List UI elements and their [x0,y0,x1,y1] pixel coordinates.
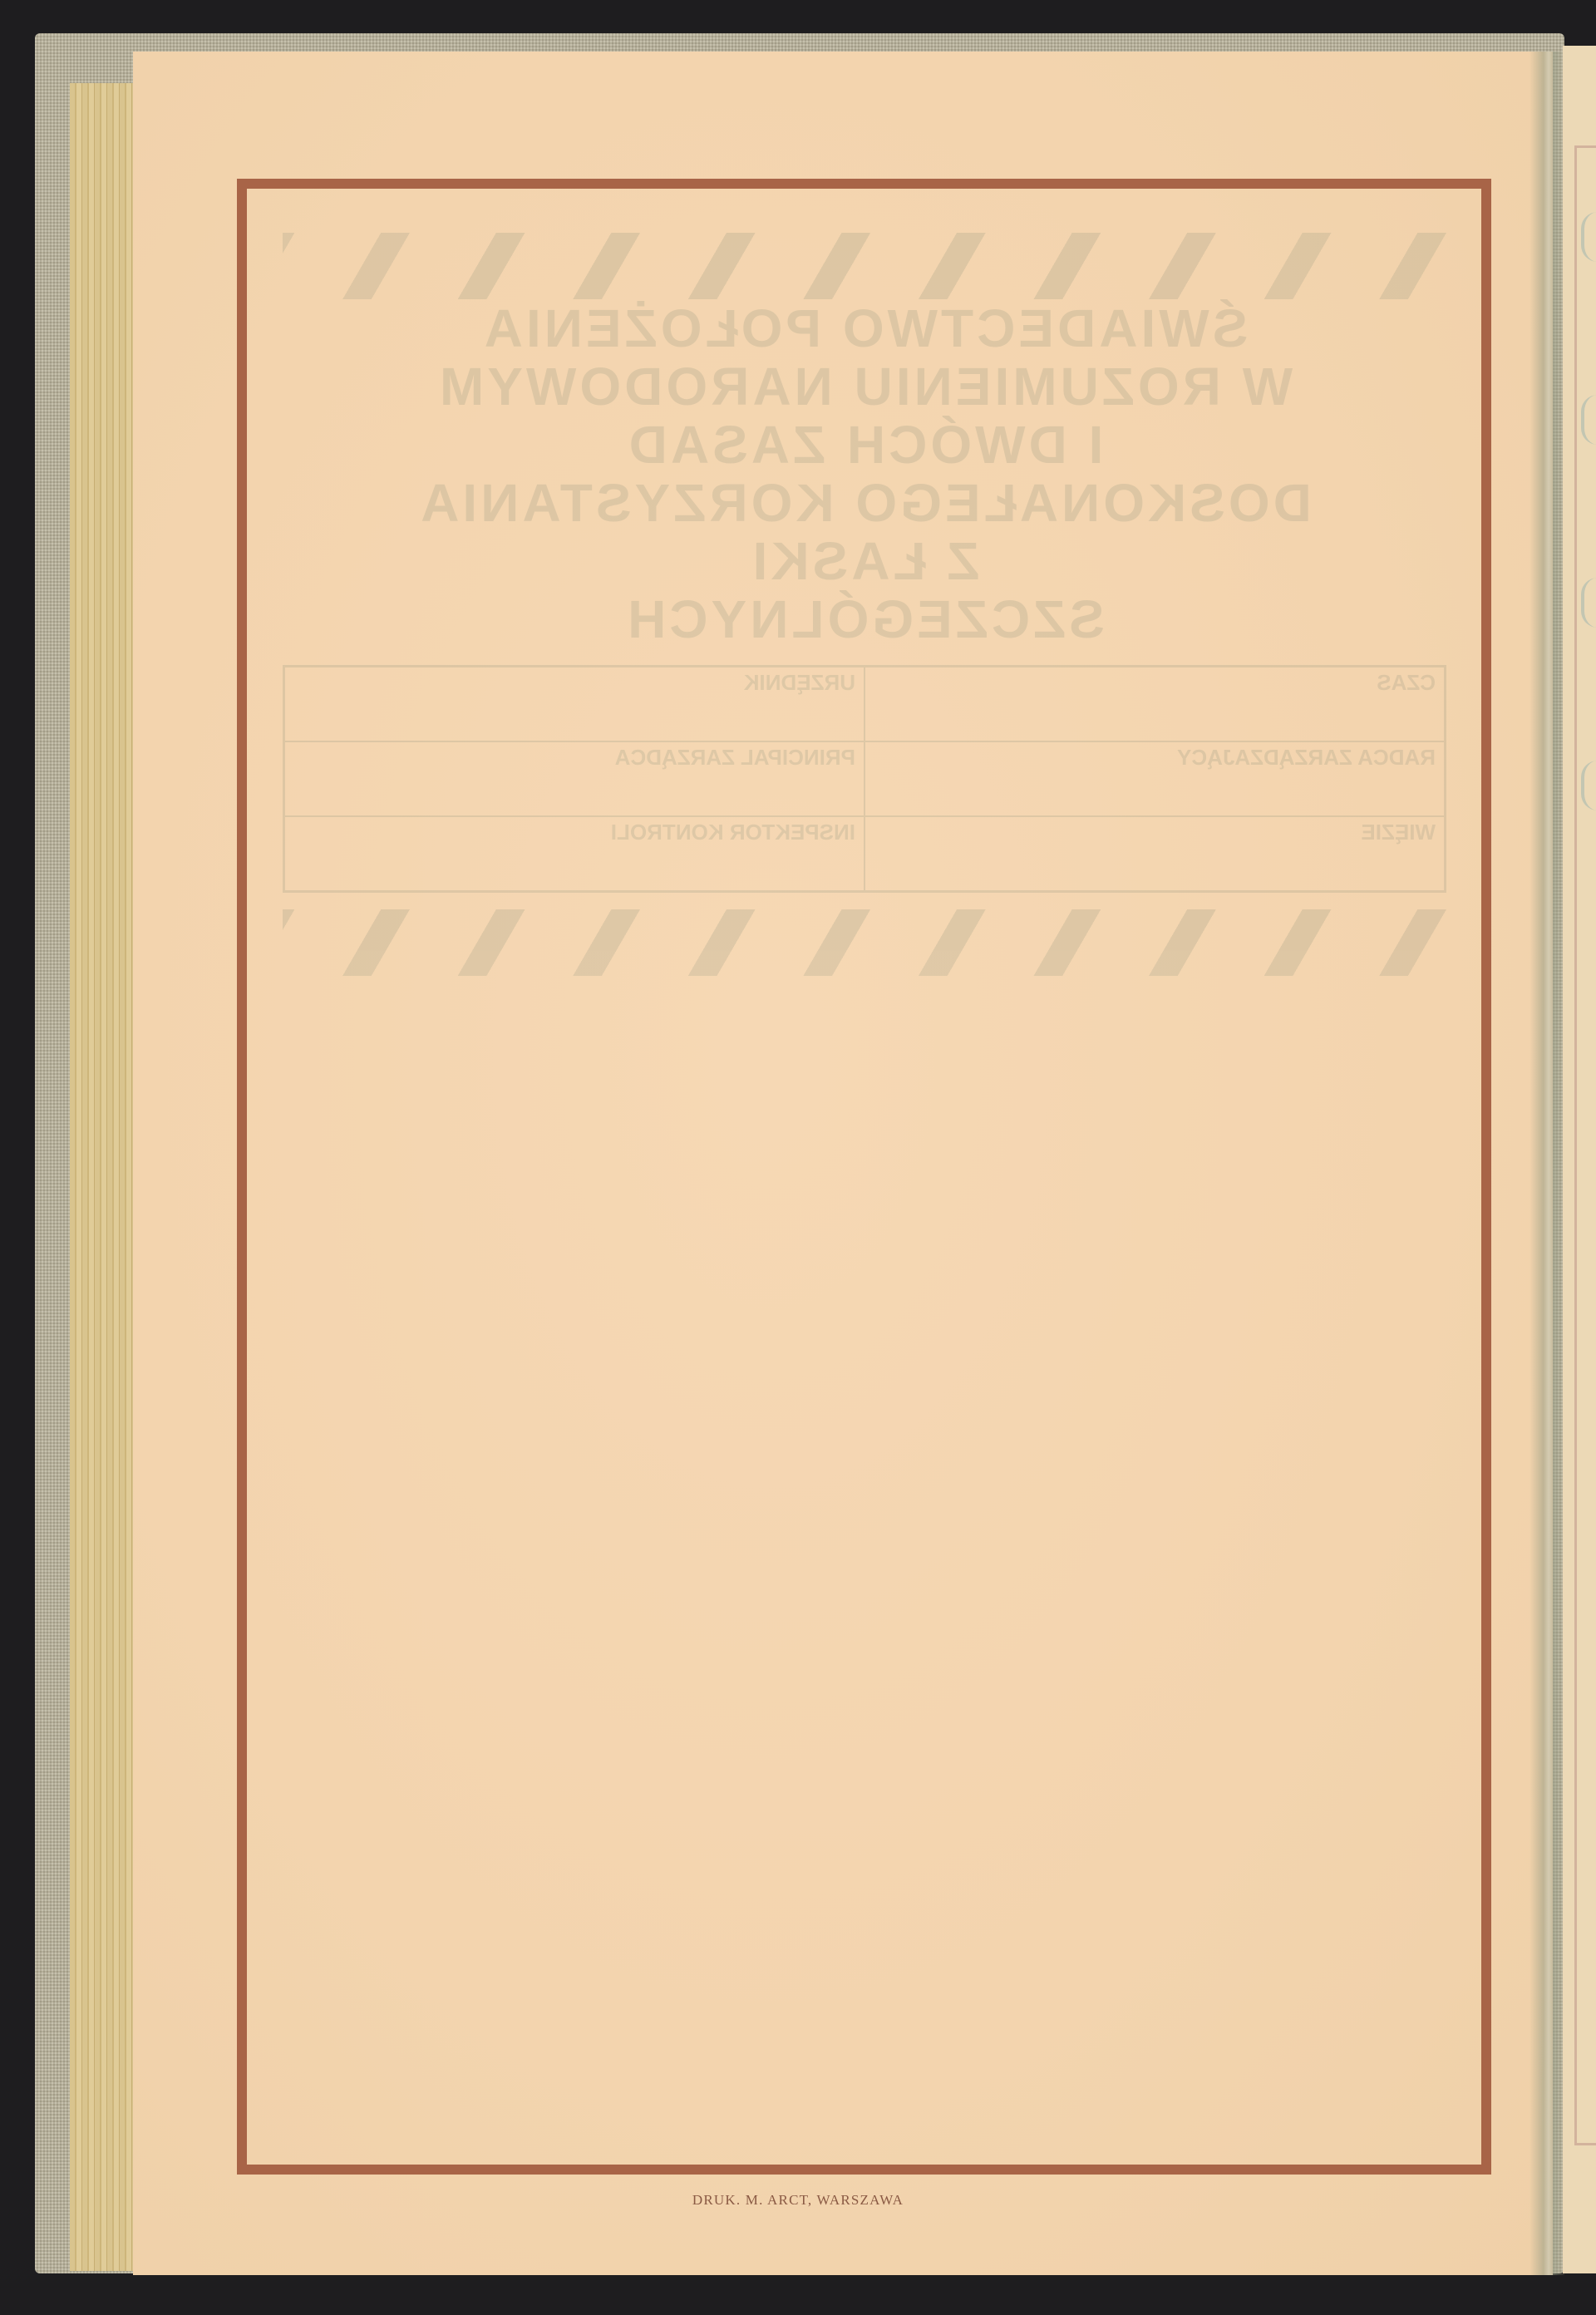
table-cell: URZĘDNIK [284,667,864,741]
table-cell: CZAS [864,667,1445,741]
reverse-side-show-through: ŚWIADECTWO POŁOŻENIA W ROZUMIENIU NARODO… [283,216,1446,964]
table-cell: PRINCIPAL ZARZĄDCA [284,741,864,816]
ornamental-wave-band [283,233,1446,299]
table-cell: RADCA ZARZĄDZAJĄCY [864,741,1445,816]
next-page-ornament [1581,761,1596,810]
table-cell: WIĘZIE [864,816,1445,891]
book-gutter [1529,52,1564,2275]
table-cell: INSPEKTOR KONTROLI [284,816,864,891]
printer-imprint: DRUK. M. ARCT, WARSZAWA [0,2192,1596,2209]
show-through-line: DOSKONAŁEGO KORZYSTANIA [283,474,1446,532]
show-through-table: CZAS URZĘDNIK RADCA ZARZĄDZAJĄCY PRINCIP… [283,665,1446,893]
next-page-frame [1574,145,1596,2145]
page-edges [70,83,136,2271]
next-page-ornament [1581,578,1596,628]
next-page-ornament [1581,395,1596,445]
show-through-line: Z ŁASKI [283,532,1446,590]
next-page-edge [1563,46,1596,2273]
show-through-line: ŚWIADECTWO POŁOŻENIA [283,299,1446,357]
show-through-line: SZCZEGÓLNYCH [283,590,1446,648]
next-page-ornament [1581,212,1596,262]
show-through-line: W ROZUMIENIU NARODOWYM [283,357,1446,416]
ornamental-wave-band [283,909,1446,976]
show-through-line: I DWÓCH ZASAD [283,416,1446,474]
